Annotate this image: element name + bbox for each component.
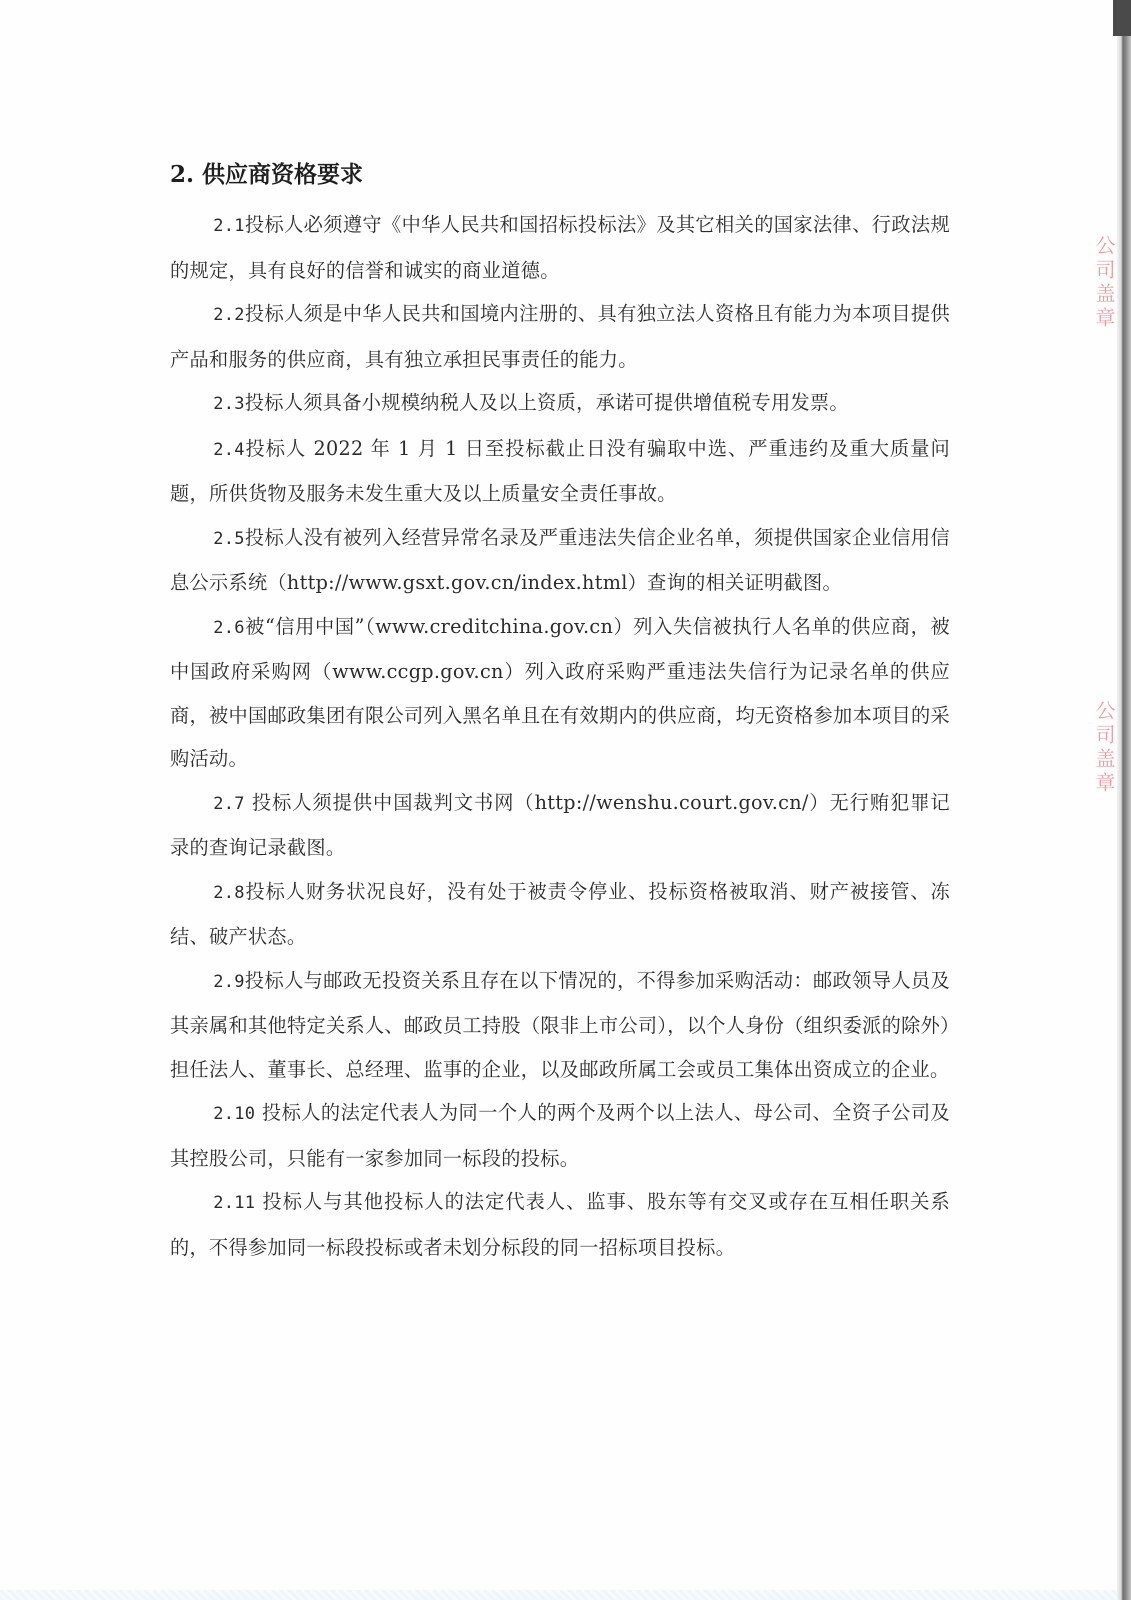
clause-text: 投标人财务状况良好，没有处于被责令停业、投标资格被取消、财产被接管、冻结、破产状… <box>170 880 950 949</box>
clause-number: 2.10 <box>213 1104 255 1124</box>
page-binding-edge <box>1117 0 1131 1600</box>
clause-number: 2.7 <box>213 794 245 814</box>
clause-text: 投标人的法定代表人为同一个人的两个及两个以上法人、母公司、全资子公司及其控股公司… <box>170 1101 950 1170</box>
clause-number: 2.9 <box>213 972 245 992</box>
clause-number: 2.4 <box>213 440 245 460</box>
clause-number: 2.5 <box>213 529 245 549</box>
clause-number: 2.11 <box>213 1193 255 1213</box>
clause-text: 投标人 2022 年 1 月 1 日至投标截止日没有骗取中选、严重违约及重大质量… <box>170 437 950 506</box>
clause-text: 被“信用中国”（www.creditchina.gov.cn）列入失信被执行人名… <box>170 615 950 771</box>
clause-text: 投标人须具备小规模纳税人及以上资质，承诺可提供增值税专用发票。 <box>245 391 849 414</box>
clause-2-5: 2.5投标人没有被列入经营异常名录及严重违法失信企业名单，须提供国家企业信用信息… <box>170 516 950 605</box>
page-corner-shadow <box>1113 0 1131 36</box>
clause-2-4: 2.4投标人 2022 年 1 月 1 日至投标截止日没有骗取中选、严重违约及重… <box>170 427 950 516</box>
clause-number: 2.8 <box>213 883 245 903</box>
clause-number: 2.3 <box>213 394 245 414</box>
clause-number: 2.2 <box>213 305 245 325</box>
section-heading: 2. 供应商资格要求 <box>170 160 950 190</box>
clause-number: 2.6 <box>213 618 245 638</box>
clause-2-9: 2.9投标人与邮政无投资关系且存在以下情况的，不得参加采购活动：邮政领导人员及其… <box>170 959 950 1092</box>
clause-2-2: 2.2投标人须是中华人民共和国境内注册的、具有独立法人资格且有能力为本项目提供产… <box>170 292 950 381</box>
clause-text: 投标人须提供中国裁判文书网（http://wenshu.court.gov.cn… <box>170 791 950 860</box>
clause-2-11: 2.11 投标人与其他投标人的法定代表人、监事、股东等有交叉或存在互相任职关系的… <box>170 1180 950 1269</box>
clause-number: 2.1 <box>213 216 245 236</box>
clause-2-3: 2.3投标人须具备小规模纳税人及以上资质，承诺可提供增值税专用发票。 <box>170 381 950 427</box>
clause-text: 投标人与其他投标人的法定代表人、监事、股东等有交叉或存在互相任职关系的，不得参加… <box>170 1190 950 1259</box>
seam-stamp-middle: 公司盖章 <box>1089 700 1117 870</box>
clause-2-10: 2.10 投标人的法定代表人为同一个人的两个及两个以上法人、母公司、全资子公司及… <box>170 1091 950 1180</box>
clause-2-6: 2.6被“信用中国”（www.creditchina.gov.cn）列入失信被执… <box>170 605 950 781</box>
clause-2-1: 2.1投标人必须遵守《中华人民共和国招标投标法》及其它相关的国家法律、行政法规的… <box>170 203 950 292</box>
scanned-page: 2. 供应商资格要求 2.1投标人必须遵守《中华人民共和国招标投标法》及其它相关… <box>0 0 1131 1600</box>
document-body: 2. 供应商资格要求 2.1投标人必须遵守《中华人民共和国招标投标法》及其它相关… <box>170 160 950 1269</box>
clause-text: 投标人须是中华人民共和国境内注册的、具有独立法人资格且有能力为本项目提供产品和服… <box>170 302 950 371</box>
scan-bottom-edge <box>0 1590 1117 1600</box>
clause-2-8: 2.8投标人财务状况良好，没有处于被责令停业、投标资格被取消、财产被接管、冻结、… <box>170 870 950 959</box>
clause-text: 投标人与邮政无投资关系且存在以下情况的，不得参加采购活动：邮政领导人员及其亲属和… <box>170 969 950 1081</box>
seam-stamp-top: 公司盖章 <box>1089 235 1117 405</box>
clause-text: 投标人没有被列入经营异常名录及严重违法失信企业名单，须提供国家企业信用信息公示系… <box>170 526 950 595</box>
clause-2-7: 2.7 投标人须提供中国裁判文书网（http://wenshu.court.go… <box>170 781 950 870</box>
clause-text: 投标人必须遵守《中华人民共和国招标投标法》及其它相关的国家法律、行政法规的规定，… <box>170 213 950 282</box>
